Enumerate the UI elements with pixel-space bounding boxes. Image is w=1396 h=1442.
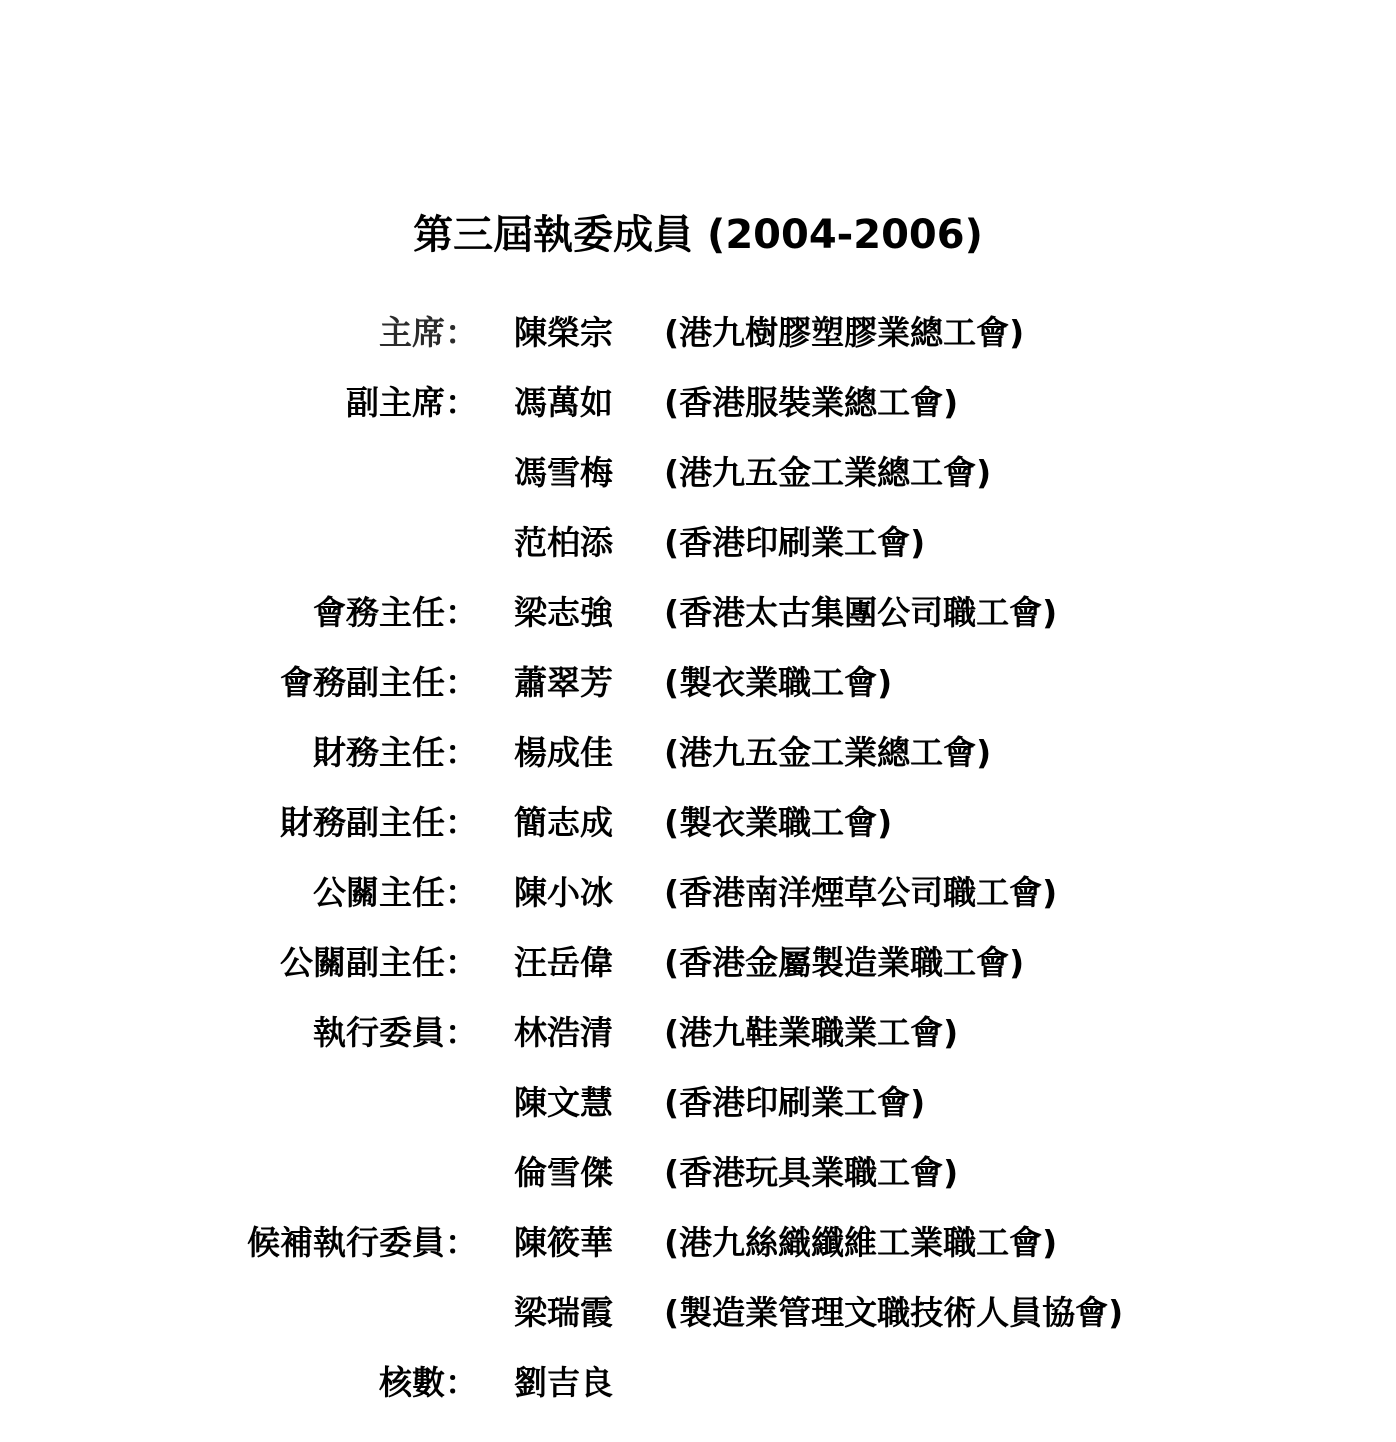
member-role: 公關副主任： — [280, 935, 478, 991]
member-role: 主席： — [379, 305, 478, 361]
member-organization: (香港金屬製造業職工會) — [664, 935, 1024, 991]
member-role: 候補執行委員： — [247, 1215, 478, 1271]
member-organization: (香港服裝業總工會) — [664, 375, 958, 431]
member-organization: (港九鞋業職業工會) — [664, 1005, 958, 1061]
member-row: 核數： 劉吉良 — [0, 1355, 1396, 1425]
member-role: 財務主任： — [313, 725, 478, 781]
member-role: 執行委員： — [313, 1005, 478, 1061]
member-name: 馮萬如 — [514, 375, 613, 431]
member-name: 梁志強 — [514, 585, 613, 641]
member-name: 范柏添 — [514, 515, 613, 571]
member-role: 副主席： — [346, 375, 478, 431]
member-name: 蕭翠芳 — [514, 655, 613, 711]
member-role: 會務主任： — [313, 585, 478, 641]
member-role: 核數： — [379, 1355, 478, 1411]
member-row: 候補執行委員： 陳筱華 (港九絲織纖維工業職工會) — [0, 1215, 1396, 1285]
member-row: 執行委員： 林浩清 (港九鞋業職業工會) — [0, 1005, 1396, 1075]
member-row: 公關主任： 陳小冰 (香港南洋煙草公司職工會) — [0, 865, 1396, 935]
member-role: 會務副主任： — [280, 655, 478, 711]
member-organization: (香港玩具業職工會) — [664, 1145, 958, 1201]
member-organization: (港九五金工業總工會) — [664, 725, 991, 781]
member-name: 簡志成 — [514, 795, 613, 851]
member-role: 財務副主任： — [280, 795, 478, 851]
member-organization: (香港印刷業工會) — [664, 1075, 925, 1131]
member-row: 梁瑞霞 (製造業管理文職技術人員協會) — [0, 1285, 1396, 1355]
member-row: 陳文慧 (香港印刷業工會) — [0, 1075, 1396, 1145]
member-row: 范柏添 (香港印刷業工會) — [0, 515, 1396, 585]
member-row: 會務副主任： 蕭翠芳 (製衣業職工會) — [0, 655, 1396, 725]
member-row: 倫雪傑 (香港玩具業職工會) — [0, 1145, 1396, 1215]
member-organization: (製造業管理文職技術人員協會) — [664, 1285, 1123, 1341]
member-organization: (港九絲織纖維工業職工會) — [664, 1215, 1057, 1271]
member-organization: (港九樹膠塑膠業總工會) — [664, 305, 1024, 361]
member-row: 馮雪梅 (港九五金工業總工會) — [0, 445, 1396, 515]
member-organization: (港九五金工業總工會) — [664, 445, 991, 501]
member-name: 劉吉良 — [514, 1355, 613, 1411]
member-name: 林浩清 — [514, 1005, 613, 1061]
member-organization: (香港南洋煙草公司職工會) — [664, 865, 1057, 921]
member-organization: (香港太古集團公司職工會) — [664, 585, 1057, 641]
member-name: 陳文慧 — [514, 1075, 613, 1131]
member-name: 倫雪傑 — [514, 1145, 613, 1201]
member-row: 會務主任： 梁志強 (香港太古集團公司職工會) — [0, 585, 1396, 655]
member-organization: (製衣業職工會) — [664, 655, 892, 711]
member-row: 財務副主任： 簡志成 (製衣業職工會) — [0, 795, 1396, 865]
member-row: 財務主任： 楊成佳 (港九五金工業總工會) — [0, 725, 1396, 795]
member-organization: (製衣業職工會) — [664, 795, 892, 851]
member-row: 公關副主任： 汪岳偉 (香港金屬製造業職工會) — [0, 935, 1396, 1005]
member-name: 馮雪梅 — [514, 445, 613, 501]
member-name: 汪岳偉 — [514, 935, 613, 991]
member-organization: (香港印刷業工會) — [664, 515, 925, 571]
member-row: 主席： 陳榮宗 (港九樹膠塑膠業總工會) — [0, 305, 1396, 375]
page-title: 第三屆執委成員 (2004-2006) — [0, 205, 1396, 265]
member-name: 陳榮宗 — [514, 305, 613, 361]
member-name: 陳小冰 — [514, 865, 613, 921]
committee-roster: 主席： 陳榮宗 (港九樹膠塑膠業總工會) 副主席： 馮萬如 (香港服裝業總工會)… — [0, 305, 1396, 1425]
member-name: 楊成佳 — [514, 725, 613, 781]
member-row: 副主席： 馮萬如 (香港服裝業總工會) — [0, 375, 1396, 445]
member-name: 梁瑞霞 — [514, 1285, 613, 1341]
member-name: 陳筱華 — [514, 1215, 613, 1271]
member-role: 公關主任： — [313, 865, 478, 921]
